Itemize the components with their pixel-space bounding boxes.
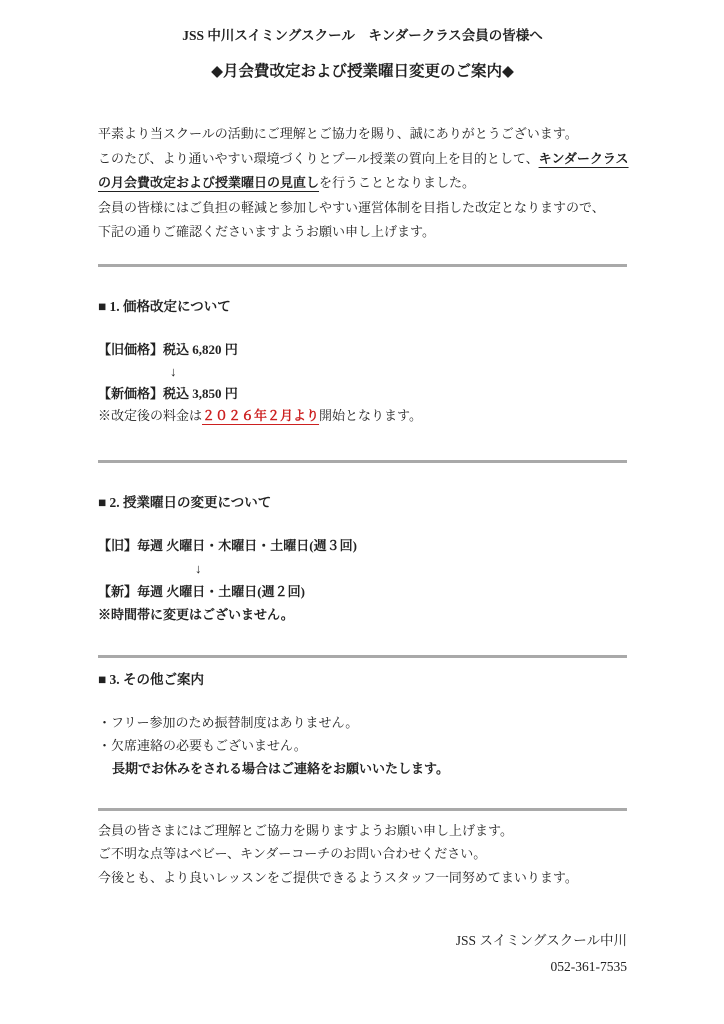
section-divider (98, 264, 627, 267)
section-1-heading: ■ 1. 価格改定について (98, 296, 627, 318)
closing-line-2: ご不明な点等はベビー、キンダーコーチのお問い合わせください。 (98, 842, 627, 866)
old-price-line: 【旧価格】税込 6,820 円 (98, 339, 627, 361)
section-divider (98, 655, 627, 658)
price-effective-date: ２０２６年２月より (202, 408, 319, 423)
closing-paragraph: 会員の皆さまにはご理解とご協力を賜りますようお願い申し上げます。 ご不明な点等は… (98, 819, 627, 890)
schedule-note: ※時間帯に変更はございません。 (98, 603, 627, 626)
price-note-suffix: 開始となります。 (319, 408, 422, 423)
section-divider (98, 808, 627, 811)
old-schedule-line: 【旧】毎週 火曜日・木曜日・土曜日(週３回) (98, 534, 627, 557)
document-page: JSS 中川スイミングスクール キンダークラス会員の皆様へ ◆月会費改定および授… (0, 0, 724, 1024)
section-other-info: ■ 3. その他ご案内 ・フリー参加のため振替制度はありません。 ・欠席連絡の必… (98, 669, 627, 780)
section-schedule-change: ■ 2. 授業曜日の変更について 【旧】毎週 火曜日・木曜日・土曜日(週３回) … (98, 492, 627, 626)
intro-line-4: 会員の皆様にはご負担の軽減と参加しやすい運営体制を目指した改定となりますので、 (98, 196, 627, 221)
document-title: ◆月会費改定および授業曜日変更のご案内◆ (98, 60, 627, 84)
price-note-prefix: ※改定後の料金は (98, 408, 202, 423)
section-2-heading: ■ 2. 授業曜日の変更について (98, 492, 627, 514)
down-arrow-icon: ↓ (98, 361, 627, 383)
closing-line-1: 会員の皆さまにはご理解とご協力を賜りますようお願い申し上げます。 (98, 819, 627, 843)
intro-line-3-normal: を行うこととなりました。 (319, 175, 475, 190)
intro-line-3-emphasis: の月会費改定および授業曜日の見直し (98, 175, 319, 190)
price-effective-note: ※改定後の料金は２０２６年２月より開始となります。 (98, 405, 627, 427)
section-price-revision: ■ 1. 価格改定について 【旧価格】税込 6,820 円 ↓ 【新価格】税込 … (98, 296, 627, 427)
signature-phone: 052-361-7535 (98, 953, 627, 980)
new-schedule-line: 【新】毎週 火曜日・土曜日(週２回) (98, 580, 627, 603)
section-divider (98, 460, 627, 463)
down-arrow-icon: ↓ (98, 557, 627, 580)
intro-line-1: 平素より当スクールの活動にご理解とご協力を賜り、誠にありがとうございます。 (98, 122, 627, 147)
closing-line-3: 今後とも、より良いレッスンをご提供できるようスタッフ一同努めてまいります。 (98, 866, 627, 890)
other-info-list: ・フリー参加のため振替制度はありません。 ・欠席連絡の必要もございません。 長期… (98, 711, 627, 780)
intro-line-2-emphasis: キンダークラス (539, 151, 629, 166)
section-3-heading: ■ 3. その他ご案内 (98, 669, 627, 691)
signature-block: JSS スイミングスクール中川 052-361-7535 (98, 929, 627, 980)
signature-company: JSS スイミングスクール中川 (98, 929, 627, 953)
intro-line-3: の月会費改定および授業曜日の見直しを行うこととなりました。 (98, 171, 627, 196)
schedule-change-block: 【旧】毎週 火曜日・木曜日・土曜日(週３回) ↓ 【新】毎週 火曜日・土曜日(週… (98, 534, 627, 626)
bullet-item-1: ・フリー参加のため振替制度はありません。 (98, 711, 627, 734)
intro-line-5: 下記の通りご確認くださいますようお願い申し上げます。 (98, 220, 627, 245)
bullet-item-2: ・欠席連絡の必要もございません。 (98, 734, 627, 757)
intro-line-2: このたび、より通いやすい環境づくりとプール授業の質向上を目的として、キンダークラ… (98, 147, 627, 172)
long-absence-notice: 長期でお休みをされる場合はご連絡をお願いいたします。 (98, 757, 627, 780)
new-price-line: 【新価格】税込 3,850 円 (98, 383, 627, 405)
recipient-salutation: JSS 中川スイミングスクール キンダークラス会員の皆様へ (98, 26, 627, 46)
intro-paragraph: 平素より当スクールの活動にご理解とご協力を賜り、誠にありがとうございます。 この… (98, 122, 627, 245)
price-change-block: 【旧価格】税込 6,820 円 ↓ 【新価格】税込 3,850 円 ※改定後の料… (98, 339, 627, 427)
intro-line-2-normal: このたび、より通いやすい環境づくりとプール授業の質向上を目的として、 (98, 151, 539, 166)
